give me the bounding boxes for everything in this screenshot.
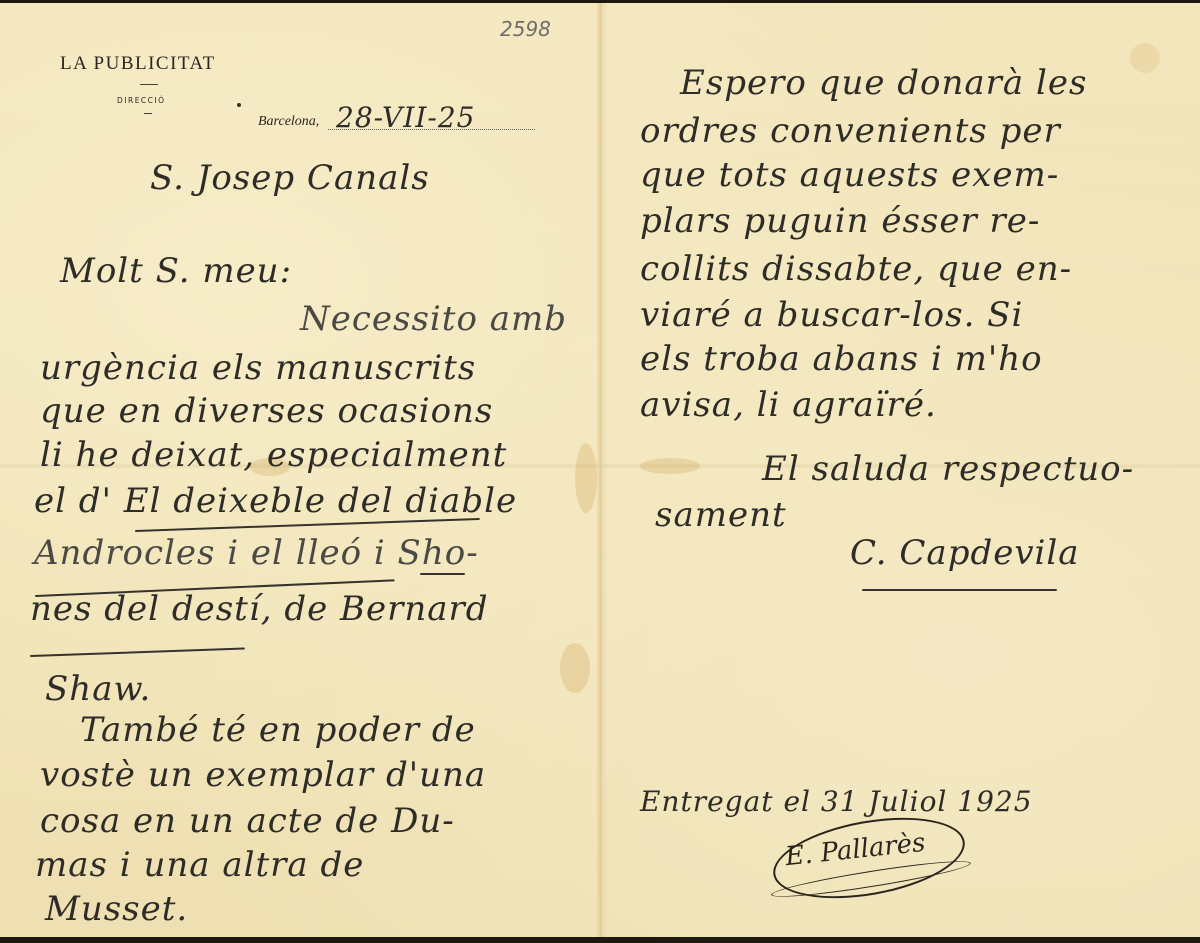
letter-sheet: 2598 LA PUBLICITAT DIRECCIÓ Barcelona, 2… [0,3,1200,937]
body-line: nes del destí, de Bernard [30,589,489,629]
signature-underline [862,589,1057,591]
body-line: el d' El deixeble del diable [34,481,517,521]
salutation: Molt S. meu: [60,251,292,291]
body-line: Espero que donarà les [680,63,1087,103]
body-line: mas i una altra de [35,845,364,885]
body-line: Shaw. [45,669,151,709]
delivery-note: Entregat el 31 Juliol 1925 [640,785,1033,818]
letterhead-rule [144,113,152,114]
author-signature: C. Capdevila [850,533,1080,573]
body-line: Androcles i el lleó i Sho- [34,533,479,573]
body-line: li he deixat, especialment [40,435,507,475]
body-line: que tots aquests exem- [640,155,1059,195]
body-line: avisa, li agraïré. [640,385,937,425]
left-page: 2598 LA PUBLICITAT DIRECCIÓ Barcelona, 2… [0,3,598,937]
body-line: els troba abans i m'ho [640,339,1043,379]
body-line: ordres convenients per [640,111,1061,151]
body-line: plars puguin ésser re- [640,201,1040,241]
scan-edge-bottom [0,937,1200,943]
body-line: viaré a buscar-los. Si [640,295,1023,335]
closing-line: El saluda respectuo- [762,449,1134,489]
letterhead-subtitle: DIRECCIÓ [117,96,166,105]
body-line: collits dissabte, que en- [640,249,1072,289]
place-label: Barcelona, [258,114,319,130]
title-underline [30,647,245,657]
closing-line: sament [655,495,787,535]
ink-dot [237,103,241,107]
letter-date: 28-VII-25 [336,101,475,134]
letterhead-title: LA PUBLICITAT [60,53,216,75]
body-line: cosa en un acte de Du- [40,801,455,841]
body-line: vostè un exemplar d'una [40,755,486,795]
body-line: Necessito amb [300,299,567,339]
scan-edge-top [0,0,1200,3]
addressee: S. Josep Canals [150,158,430,198]
body-line: urgència els manuscrits [40,348,476,388]
body-line: Musset. [45,889,188,929]
body-line: També té en poder de [80,710,476,750]
archive-number: 2598 [500,17,551,41]
letterhead-rule [140,84,158,85]
title-underline [420,573,465,575]
body-line: que en diverses ocasions [40,391,493,431]
